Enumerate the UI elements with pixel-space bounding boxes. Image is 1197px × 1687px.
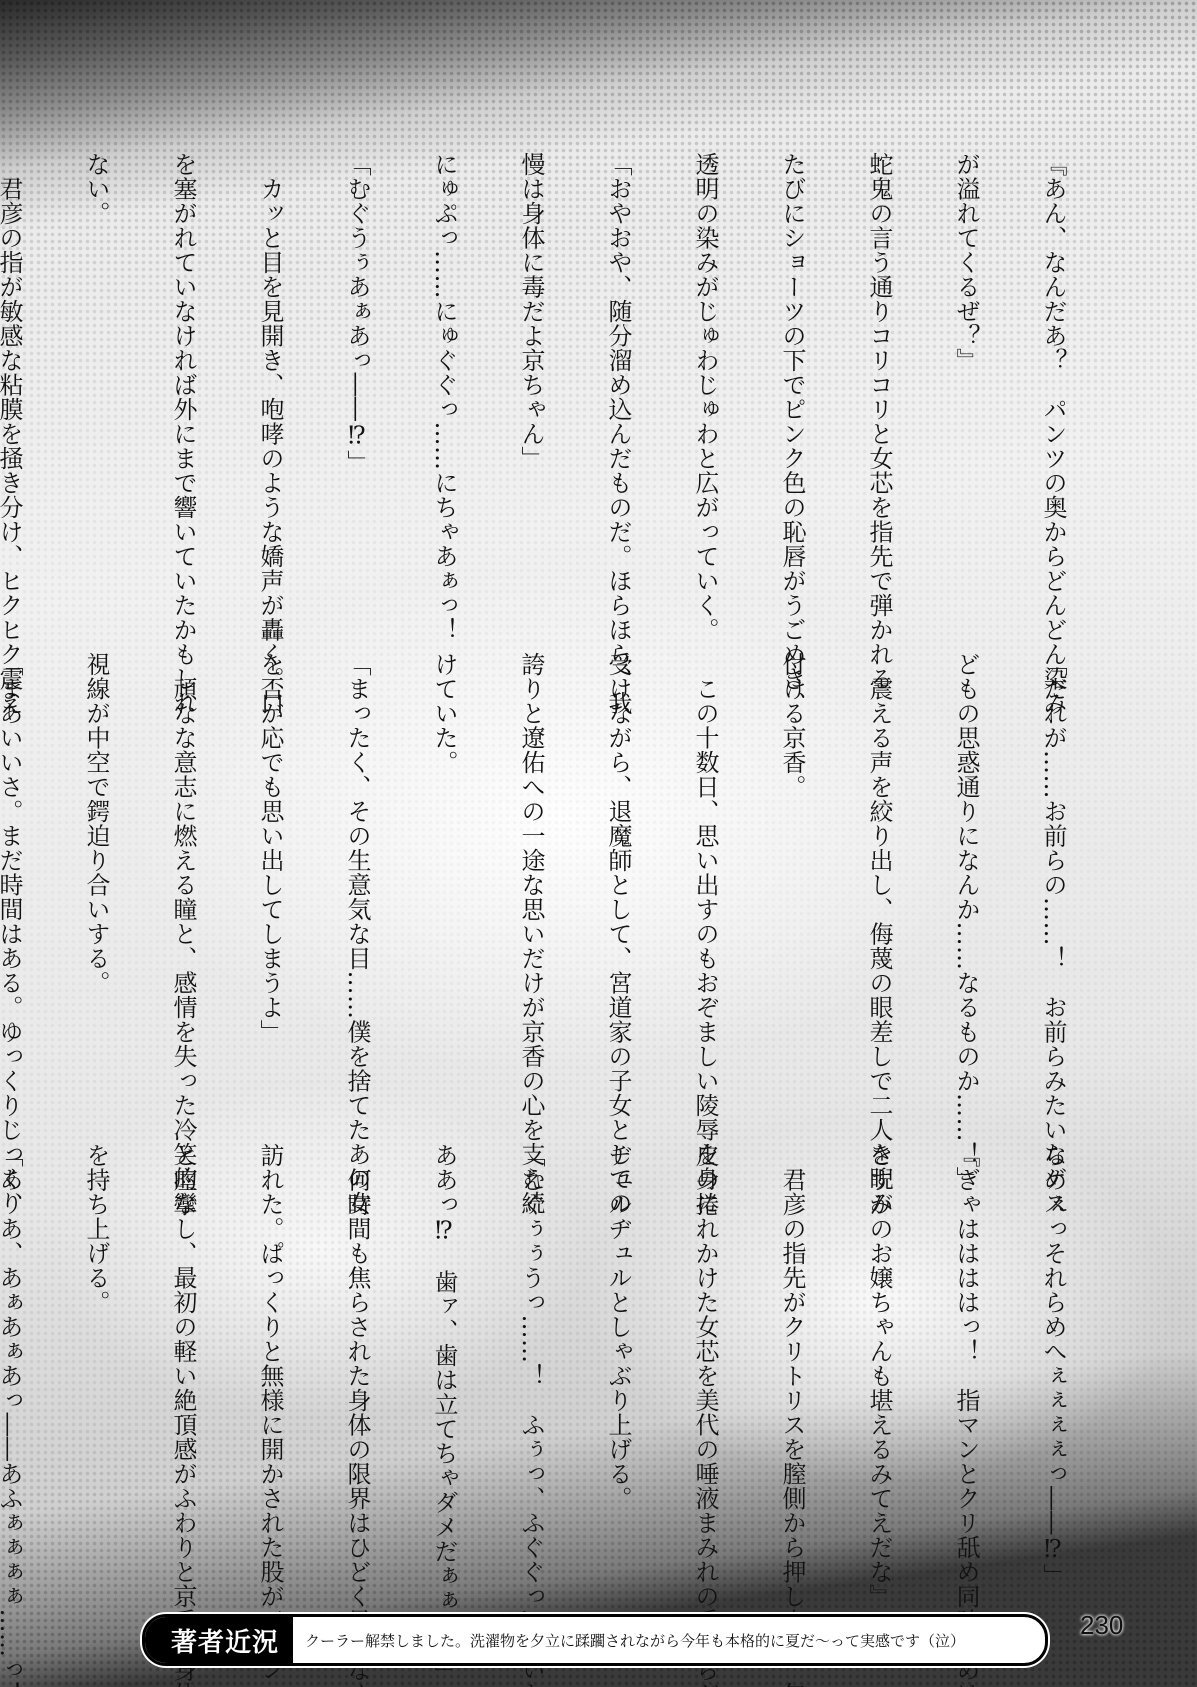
text-column: 『ぎゃははははっ！ 指マンとクリ舐め同時責めは xyxy=(951,1143,980,1588)
text-column: 何時間も焦らされた身体の限界はひどく呆気なく xyxy=(342,1143,371,1588)
author-comment-label: 著者近況 xyxy=(145,1617,293,1663)
text-column: ない。 xyxy=(81,152,110,552)
text-column: どもの思惑通りになんか……なるものか……！」 xyxy=(951,652,980,1072)
text-tier-top: 『あん、なんだあ？ パンツの奥からどんどん染み が溢れてくるぜ？』 蛇鬼の言う通… xyxy=(150,152,1125,552)
text-column: 透明の染みがじゅわじゅわと広がっていく。 xyxy=(690,152,719,552)
text-column: 「おやおや、随分溜め込んだものだ。ほらほら、我 xyxy=(603,152,632,552)
text-column: 付ける京香。 xyxy=(777,652,806,1072)
text-column: 「あ、あ、あぁあぁあっ――あふぁぁぁぁ……っ！」 xyxy=(0,1143,23,1588)
text-column: 慢は身体に毒だよ京ちゃん」 xyxy=(516,152,545,552)
text-column: 「まあいいさ。まだ時間はある。ゆっくりじっくり xyxy=(0,652,23,1072)
author-comment-text: クーラー解禁しました。洗濯物を夕立に蹂躙されながら今年も本格的に夏だ〜って実感で… xyxy=(293,1630,965,1651)
text-column: さすがのお嬢ちゃんも堪えるみてえだな』 xyxy=(864,1143,893,1588)
text-column: らめぇっそれらめへぇぇぇぇっ――⁉」 xyxy=(1038,1143,1067,1588)
text-column: 『あん、なんだあ？ パンツの奥からどんどん染み xyxy=(1038,152,1067,552)
text-column: 誇りと遼佑への一途な思いだけが京香の心を支え続 xyxy=(516,652,545,1072)
text-column: この十数日、思い出すのもおぞましい陵辱を身に xyxy=(690,652,719,1072)
text-column: 受けながら、退魔師として、宮道家の子女としての xyxy=(603,652,632,1072)
text-column: たびにショーツの下でピンク色の恥唇がうごめき、 xyxy=(777,152,806,552)
author-comment-bar: 著者近況 クーラー解禁しました。洗濯物を夕立に蹂躙されながら今年も本格的に夏だ〜… xyxy=(142,1614,1048,1666)
text-column: を否が応でも思い出してしまうよ」 xyxy=(255,652,284,1072)
text-column: 「だれが……お前らの……！ お前らみたいなゲス xyxy=(1038,652,1067,1072)
text-tier-bottom: らめぇっそれらめへぇぇぇぇっ――⁉」 『ぎゃははははっ！ 指マンとクリ舐め同時責… xyxy=(150,1143,1125,1588)
text-column: にゅぷっ……にゅぐぐっ……にちゃあぁっ！ xyxy=(429,152,458,552)
text-column: 視線が中空で鍔迫り合いする。 xyxy=(81,652,110,1072)
text-tier-middle: 「だれが……お前らの……！ お前らみたいなゲス どもの思惑通りになんか……なるも… xyxy=(150,652,1125,1072)
text-column: を塞がれていなければ外にまで響いていたかもしれ xyxy=(168,152,197,552)
text-column: 皮の捲れかけた女芯を美代の唾液まみれの舌べらが xyxy=(690,1143,719,1588)
text-column: と痙攣し、最初の軽い絶頂感がふわりと京香の身体 xyxy=(168,1143,197,1588)
page-number: 230 xyxy=(1080,1610,1123,1641)
text-column: 君彦の指先がクリトリスを膣側から押し上げ、包 xyxy=(777,1143,806,1588)
text-column: 「むぐぅぅうっ……！ ふぅっ、ふぐぐっ……いた xyxy=(516,1143,545,1588)
text-column: けていた。 xyxy=(429,652,458,1072)
text-column: を持ち上げる。 xyxy=(81,1143,110,1588)
text-column: 「まったく、その生意気な目……僕を捨てたあの女 xyxy=(342,652,371,1072)
text-column: 蛇鬼の言う通りコリコリと女芯を指先で弾かれる xyxy=(864,152,893,552)
text-column: 頑なな意志に燃える瞳と、感情を失った冷笑的な xyxy=(168,652,197,1072)
text-column: 「むぐうぅあぁあっ――⁉」 xyxy=(342,152,371,552)
text-column: が溢れてくるぜ？』 xyxy=(951,152,980,552)
text-column: ああっ⁉ 歯ァ、歯は立てちゃダメだぁぁっ！」 xyxy=(429,1143,458,1588)
text-column: 訪れた。ぱっくりと無様に開かされた股がビクンッ xyxy=(255,1143,284,1588)
text-column: カッと目を見開き、咆哮のような嬌声が轟く。口 xyxy=(255,152,284,552)
text-column: ヂュルヂュルとしゃぶり上げる。 xyxy=(603,1143,632,1588)
text-column: 君彦の指が敏感な粘膜を掻き分け、ヒクヒク震え xyxy=(0,152,23,552)
text-column: 震える声を絞り出し、侮蔑の眼差しで二人を睨み xyxy=(864,652,893,1072)
